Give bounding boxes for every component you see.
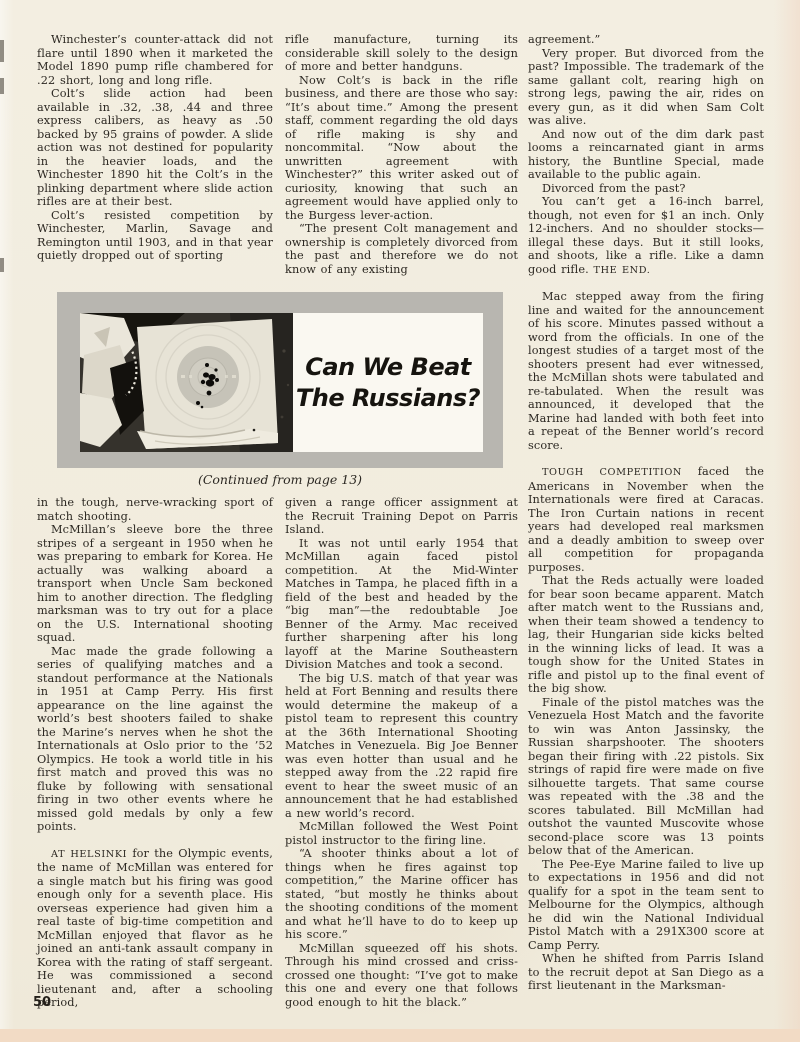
column-1-bottom: in the tough, nerve-wracking sport of ma… [37, 496, 273, 1010]
paragraph: TOUGH COMPETITION faced the Americans in… [528, 465, 764, 574]
paragraph: McMillan’s sleeve bore the three stripes… [37, 523, 273, 645]
magazine-page: Winchester’s counter-attack did not flar… [0, 0, 800, 1042]
paragraph: given a range officer assignment at the … [285, 496, 518, 537]
paragraph: Mac stepped away from the firing line an… [528, 290, 764, 452]
target-photo-illustration [80, 313, 293, 452]
paragraph: in the tough, nerve-wracking sport of ma… [37, 496, 273, 523]
column-2-top: rifle manufacture, turning its considera… [285, 33, 518, 276]
paragraph: The big U.S. match of that year was held… [285, 672, 518, 821]
paragraph: When he shifted from Parris Island to th… [528, 952, 764, 993]
column-2-bottom: given a range officer assignment at the … [285, 496, 518, 1009]
paragraph: You can’t get a 16-inch barrel, though, … [528, 195, 764, 277]
paragraph: Very proper. But divorced from the past?… [528, 47, 764, 128]
scan-edge-speck [0, 258, 4, 272]
page-left-edge-highlight [0, 0, 14, 1042]
paragraph: Now Colt’s is back in the rifle business… [285, 74, 518, 223]
column-3: agreement.”Very proper. But divorced fro… [528, 33, 764, 1023]
paragraph: “A shooter thinks about a lot of things … [285, 847, 518, 942]
paragraph: agreement.” [528, 33, 764, 47]
the-end-marker: THE END. [594, 265, 651, 276]
scan-bottom-edge [0, 1029, 800, 1042]
paragraph: rifle manufacture, turning its considera… [285, 33, 518, 74]
smallcaps-lead: AT HELSINKI [51, 849, 127, 860]
paragraph: And now out of the dim dark past looms a… [528, 128, 764, 182]
column-1-top: Winchester’s counter-attack did not flar… [37, 33, 273, 263]
paragraph: It was not until early 1954 that McMilla… [285, 537, 518, 672]
smallcaps-lead: TOUGH COMPETITION [542, 467, 682, 478]
target-photo [80, 313, 293, 452]
paragraph: Winchester’s counter-attack did not flar… [37, 33, 273, 87]
paragraph: Colt’s resisted competition by Wincheste… [37, 209, 273, 263]
paragraph: “The present Colt management and ownersh… [285, 222, 518, 276]
scan-edge-speck [0, 78, 4, 94]
paragraph: Divorced from the past? [528, 182, 764, 196]
paragraph: McMillan squeezed off his shots. Through… [285, 942, 518, 1010]
article-banner: Can We Beat The Russians? [57, 292, 503, 468]
continued-from-caption: (Continued from page 13) [57, 472, 503, 487]
page-number: 50 [33, 995, 51, 1010]
paragraph: McMillan followed the West Point pistol … [285, 820, 518, 847]
banner-title-line1: Can We Beat [305, 352, 471, 383]
banner-title-line2: The Russians? [296, 383, 480, 414]
page-right-edge-tint [774, 0, 800, 1042]
paragraph: Finale of the pistol matches was the Ven… [528, 696, 764, 858]
paragraph: Colt’s slide action had been available i… [37, 87, 273, 209]
paragraph: AT HELSINKI for the Olympic events, the … [37, 847, 273, 1010]
paragraph: The Pee-Eye Marine failed to live up to … [528, 858, 764, 953]
paragraph: That the Reds actually were loaded for b… [528, 574, 764, 696]
paragraph: Mac made the grade following a series of… [37, 645, 273, 834]
scan-edge-speck [0, 40, 4, 62]
banner-title-box: Can We Beat The Russians? [293, 313, 483, 452]
